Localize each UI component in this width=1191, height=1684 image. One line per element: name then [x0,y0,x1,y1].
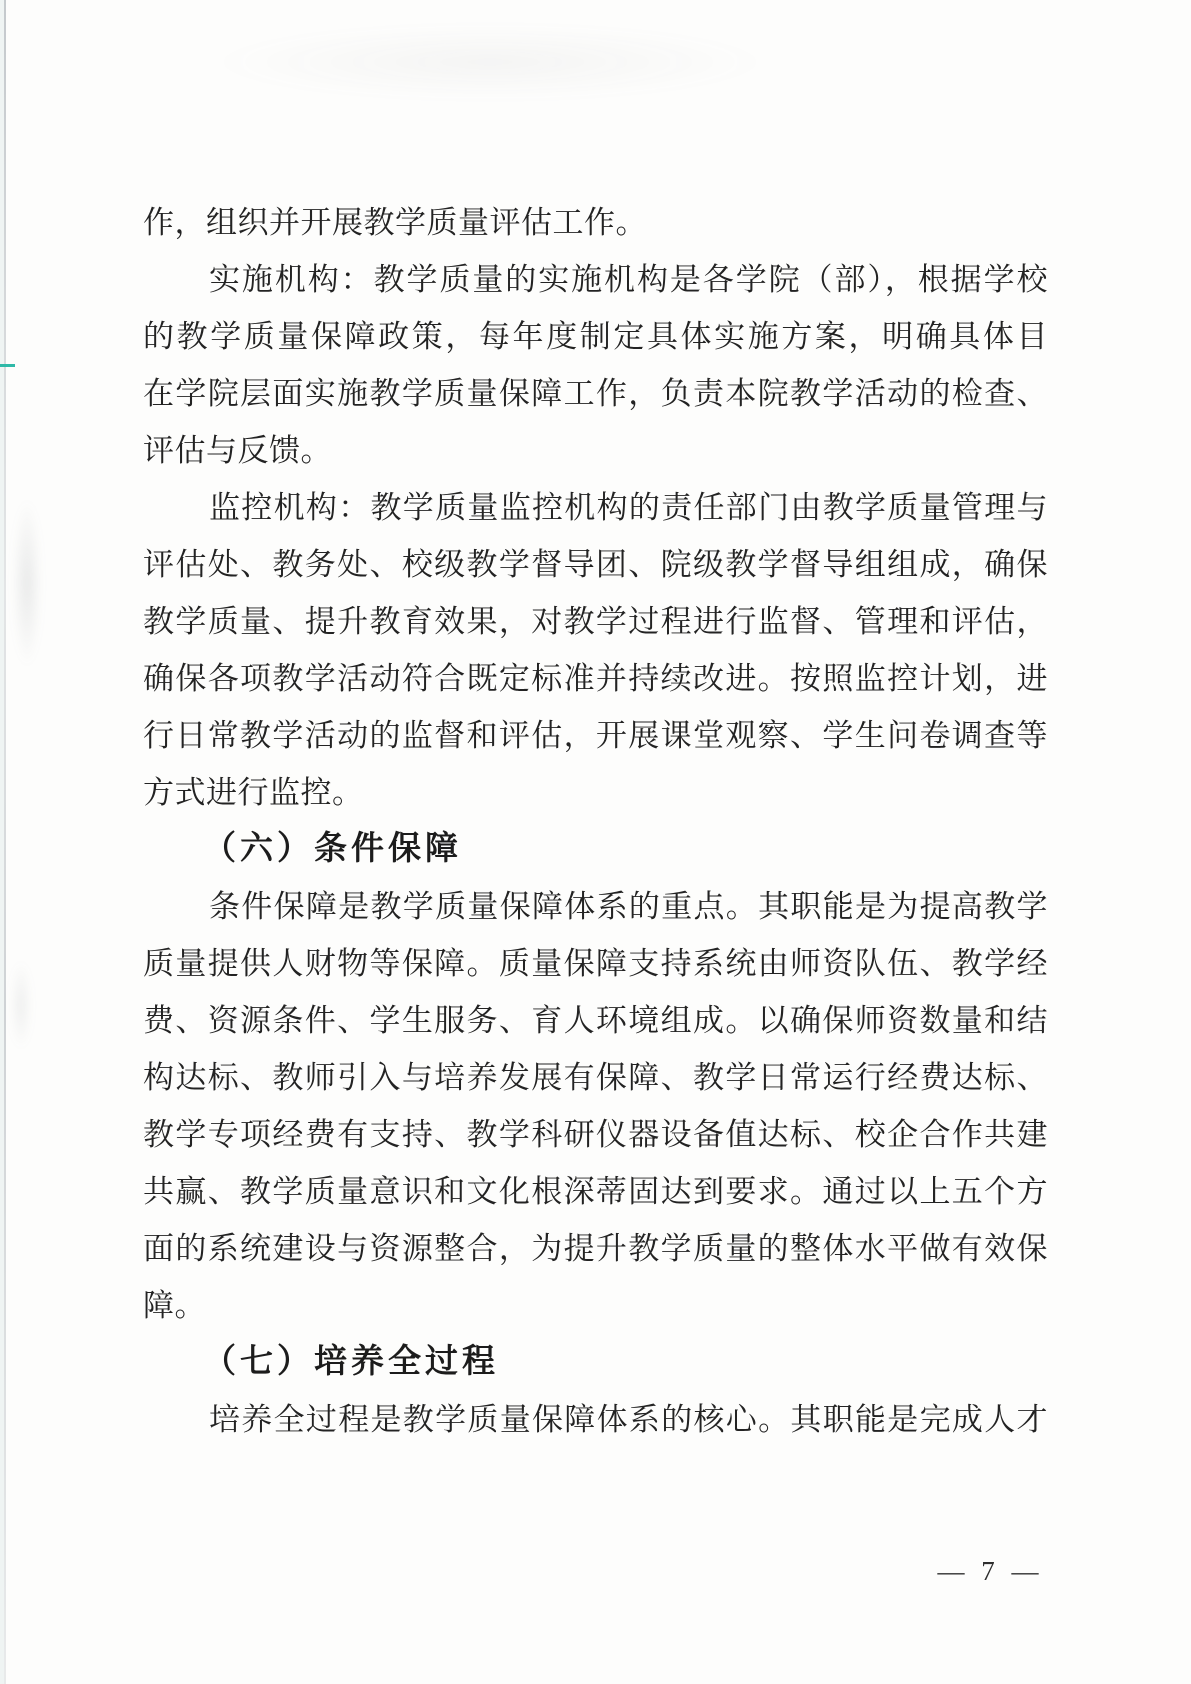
text-line: 行日常教学活动的监督和评估，开展课堂观察、学生问卷调查等 [143,707,1048,764]
scan-edge-line [4,0,6,1684]
text-line: 教学专项经费有支持、教学科研仪器设备值达标、校企合作共建 [143,1106,1048,1163]
document-page: 作，组织并开展教学质量评估工作。 实施机构：教学质量的实施机构是各学院（部），根… [0,0,1191,1684]
text-line: 教学质量、提升教育效果，对教学过程进行监督、管理和评估， [143,593,1048,650]
text-line: 培养全过程是教学质量保障体系的核心。其职能是完成人才 [143,1391,1048,1448]
section-heading-6: （六）条件保障 [143,821,1048,878]
scan-smudge [10,960,32,1050]
text-line: 质量提供人财物等保障。质量保障支持系统由师资队伍、教学经 [143,935,1048,992]
text-line: 评估处、教务处、校级教学督导团、院级教学督导组组成，确保 [143,536,1048,593]
text-line: 面的系统建设与资源整合，为提升教学质量的整体水平做有效保 [143,1220,1048,1277]
scan-smudge [12,498,42,668]
text-line: 构达标、教师引入与培养发展有保障、教学日常运行经费达标、 [143,1049,1048,1106]
text-line: 障。 [143,1277,1048,1334]
document-body: 作，组织并开展教学质量评估工作。 实施机构：教学质量的实施机构是各学院（部），根… [143,194,1048,1448]
text-line: 实施机构：教学质量的实施机构是各学院（部），根据学校 [143,251,1048,308]
scan-bleedthrough [210,22,770,102]
text-line: 作，组织并开展教学质量评估工作。 [143,194,1048,251]
text-line: 评估与反馈。 [143,422,1048,479]
text-line: 监控机构：教学质量监控机构的责任部门由教学质量管理与 [143,479,1048,536]
text-line: 方式进行监控。 [143,764,1048,821]
text-line: 的教学质量保障政策，每年度制定具体实施方案，明确具体目标， [143,308,1048,365]
page-number: — 7 — [898,1556,1083,1587]
section-heading-7: （七）培养全过程 [143,1334,1048,1391]
text-line: 费、资源条件、学生服务、育人环境组成。以确保师资数量和结 [143,992,1048,1049]
text-line: 条件保障是教学质量保障体系的重点。其职能是为提高教学 [143,878,1048,935]
text-line: 共赢、教学质量意识和文化根深蒂固达到要求。通过以上五个方 [143,1163,1048,1220]
teal-scan-mark [0,364,15,367]
text-line: 在学院层面实施教学质量保障工作，负责本院教学活动的检查、 [143,365,1048,422]
text-line: 确保各项教学活动符合既定标准并持续改进。按照监控计划，进 [143,650,1048,707]
